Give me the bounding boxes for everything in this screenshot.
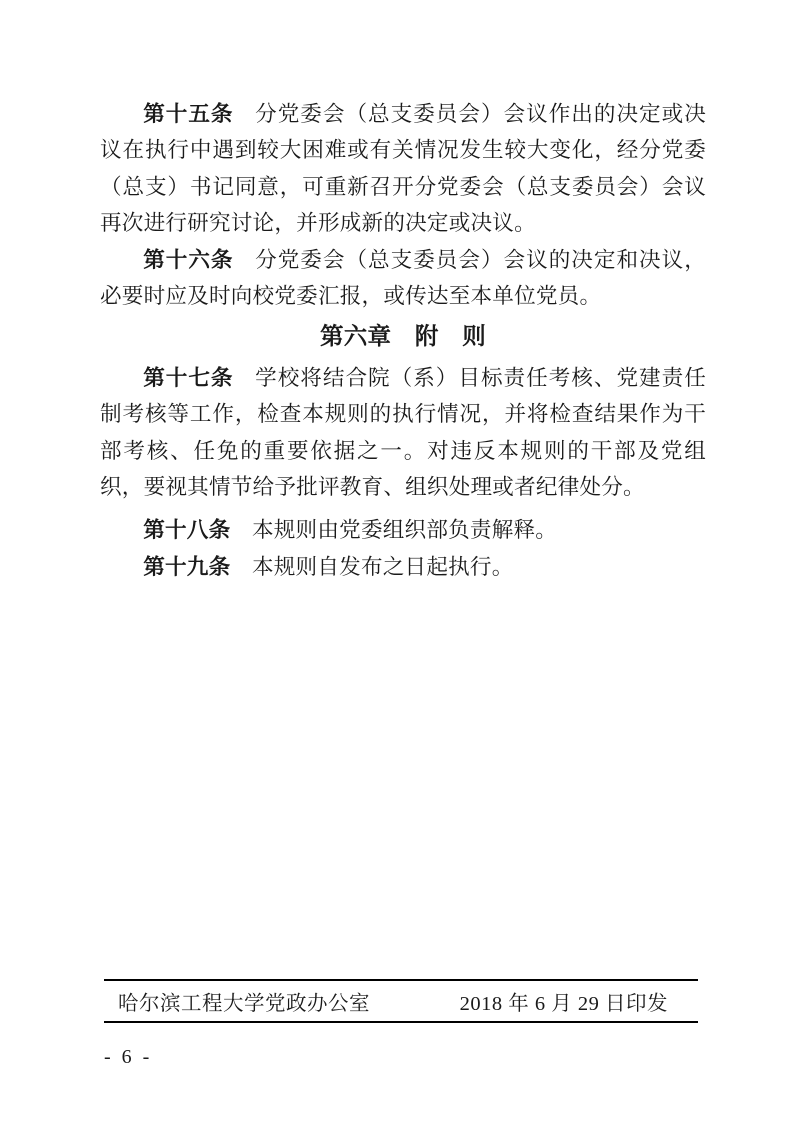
article-19-text: 本规则自发布之日起执行。 — [252, 555, 514, 579]
colophon-bar: 哈尔滨工程大学党政办公室 2018 年 6 月 29 日印发 — [104, 979, 698, 1023]
article-16-paragraph: 第十六条分党委会（总支委员会）会议的决定和决议，必要时应及时向校党委汇报，或传达… — [100, 242, 706, 315]
article-18-paragraph: 第十八条本规则由党委组织部负责解释。 — [100, 512, 706, 548]
document-page: 第十五条分党委会（总支委员会）会议作出的决定或决议在执行中遇到较大困难或有关情况… — [0, 0, 799, 1131]
article-19-number: 第十九条 — [143, 555, 230, 579]
article-16-number: 第十六条 — [143, 248, 233, 272]
article-17-number: 第十七条 — [143, 366, 233, 390]
article-17-paragraph: 第十七条学校将结合院（系）目标责任考核、党建责任制考核等工作，检查本规则的执行情… — [100, 360, 706, 506]
print-date: 2018 年 6 月 29 日印发 — [460, 986, 668, 1016]
document-body: 第十五条分党委会（总支委员会）会议作出的决定或决议在执行中遇到较大困难或有关情况… — [100, 96, 706, 585]
page-number: - 6 - — [104, 1046, 152, 1069]
chapter-heading: 第六章 附 则 — [100, 319, 706, 355]
article-18-text: 本规则由党委组织部负责解释。 — [252, 518, 557, 542]
issuing-office: 哈尔滨工程大学党政办公室 — [118, 986, 370, 1016]
article-19-paragraph: 第十九条本规则自发布之日起执行。 — [100, 549, 706, 585]
article-18-number: 第十八条 — [143, 518, 230, 542]
article-15-number: 第十五条 — [143, 102, 233, 126]
article-15-paragraph: 第十五条分党委会（总支委员会）会议作出的决定或决议在执行中遇到较大困难或有关情况… — [100, 96, 706, 242]
